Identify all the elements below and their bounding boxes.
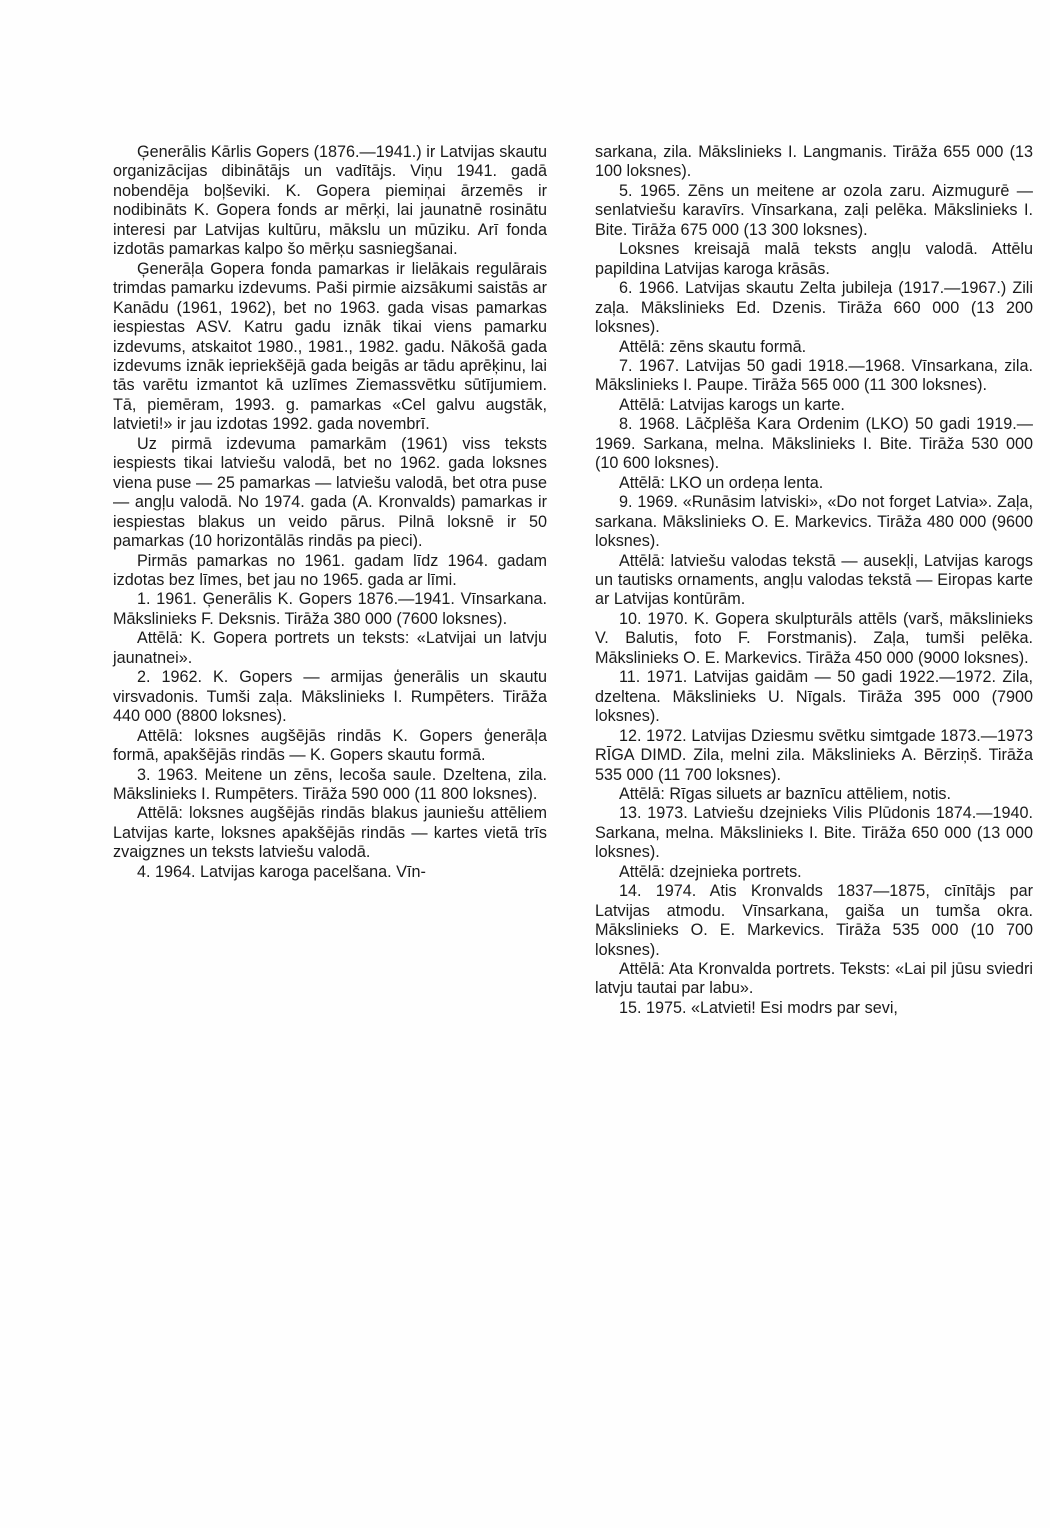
caption-1969: Attēlā: latviešu valodas tekstā — ausekļ… xyxy=(595,552,1033,610)
entry-1971: 11. 1971. Latvijas gaidām — 50 gadi 1922… xyxy=(595,668,1033,726)
entry-1970: 10. 1970. K. Gopera skulpturāls attēls (… xyxy=(595,610,1033,668)
entry-1967: 7. 1967. Latvijas 50 gadi 1918.—1968. Vī… xyxy=(595,357,1033,396)
caption-1973: Attēlā: dzejnieka portrets. xyxy=(595,863,1033,882)
glue-paragraph: Pirmās pamarkas no 1961. gadam līdz 1964… xyxy=(113,552,547,591)
entry-1961: 1. 1961. Ģenerālis K. Gopers 1876.—1941.… xyxy=(113,590,547,629)
entry-1964-continuation: sarkana, zila. Mākslinieks I. Langmanis.… xyxy=(595,143,1033,182)
caption-1966: Attēlā: zēns skautu formā. xyxy=(595,338,1033,357)
caption-1961: Attēlā: K. Gopera portrets un teksts: «L… xyxy=(113,629,547,668)
caption-1968: Attēlā: LKO un ordeņa lenta. xyxy=(595,474,1033,493)
entry-1975-start: 15. 1975. «Latvieti! Esi modrs par sevi, xyxy=(595,999,1033,1018)
caption-1974: Attēlā: Ata Kronvalda portrets. Teksts: … xyxy=(595,960,1033,999)
entry-1964-start: 4. 1964. Latvijas karoga pacelšana. Vīn- xyxy=(113,863,547,882)
entry-1972: 12. 1972. Latvijas Dziesmu svētku simtga… xyxy=(595,727,1033,785)
caption-1963: Attēlā: loksnes augšējās rindās blakus j… xyxy=(113,804,547,862)
left-column: Ģenerālis Kārlis Gopers (1876.—1941.) ir… xyxy=(113,143,547,882)
entry-1965: 5. 1965. Zēns un meitene ar ozola zaru. … xyxy=(595,182,1033,240)
entry-1973: 13. 1973. Latviešu dzejnieks Vilis Plūdo… xyxy=(595,804,1033,862)
caption-1972: Attēlā: Rīgas siluets ar baznīcu attēlie… xyxy=(595,785,1033,804)
entry-1974: 14. 1974. Atis Kronvalds 1837—1875, cīnī… xyxy=(595,882,1033,960)
intro-paragraph: Ģenerālis Kārlis Gopers (1876.—1941.) ir… xyxy=(113,143,547,260)
entry-1966: 6. 1966. Latvijas skautu Zelta jubileja … xyxy=(595,279,1033,337)
right-column: sarkana, zila. Mākslinieks I. Langmanis.… xyxy=(595,143,1033,1018)
caption-1962: Attēlā: loksnes augšējās rindās K. Goper… xyxy=(113,727,547,766)
document-page: Ģenerālis Kārlis Gopers (1876.—1941.) ir… xyxy=(0,0,1050,1528)
entry-1962: 2. 1962. K. Gopers — armijas ģenerālis u… xyxy=(113,668,547,726)
language-paragraph: Uz pirmā izdevuma pamarkām (1961) viss t… xyxy=(113,435,547,552)
entry-1963: 3. 1963. Meitene un zēns, lecoša saule. … xyxy=(113,766,547,805)
entry-1968: 8. 1968. Lāčplēša Kara Ordenim (LKO) 50 … xyxy=(595,415,1033,473)
caption-1965: Loksnes kreisajā malā teksts angļu valod… xyxy=(595,240,1033,279)
entry-1969: 9. 1969. «Runāsim latviski», «Do not for… xyxy=(595,493,1033,551)
fund-paragraph: Ģenerāļa Gopera fonda pamarkas ir lielāk… xyxy=(113,260,547,435)
caption-1967: Attēlā: Latvijas karogs un karte. xyxy=(595,396,1033,415)
